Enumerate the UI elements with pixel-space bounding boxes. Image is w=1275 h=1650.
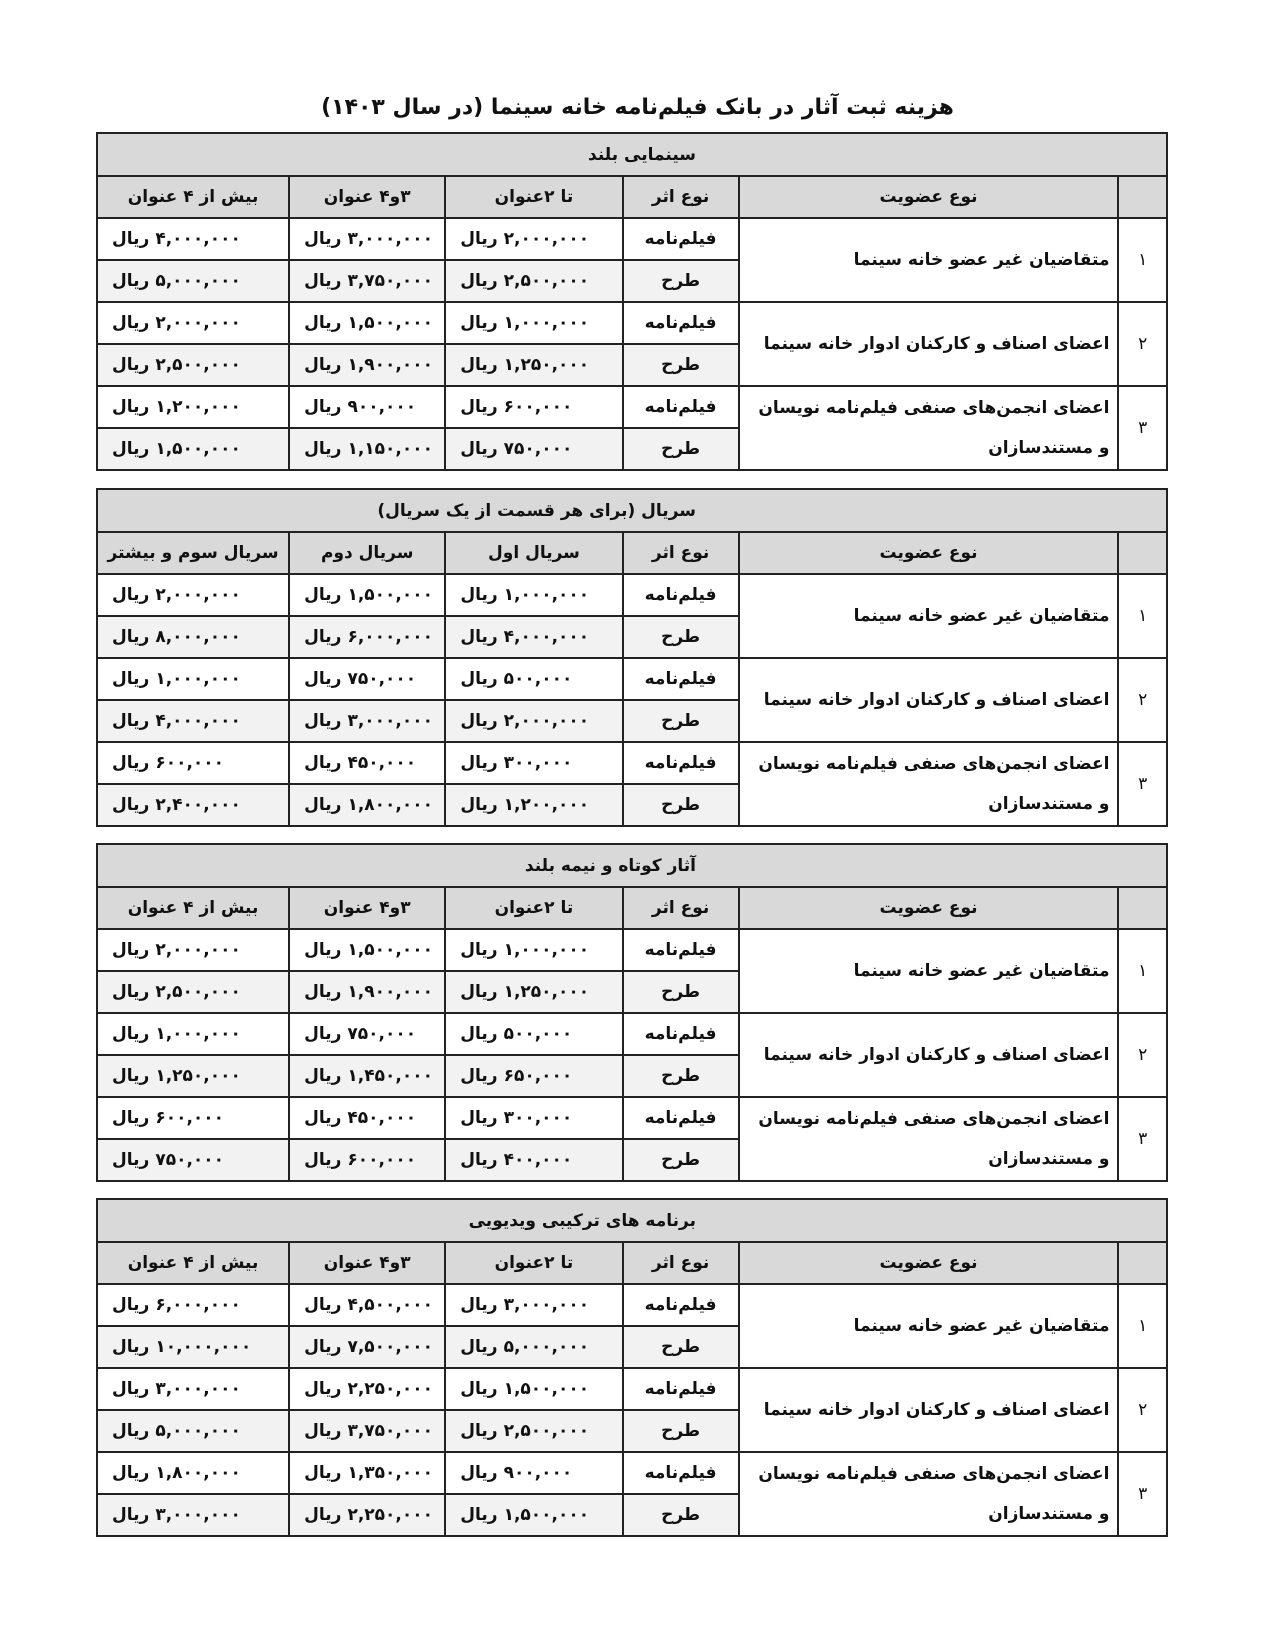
table-row: ۳ اعضای انجمن‌های صنفی فیلم‌نامه نویسان …	[97, 1097, 1167, 1139]
work-type: طرح	[623, 700, 739, 742]
membership-type: اعضای اصناف و کارکنان ادوار خانه سینما	[739, 658, 1119, 742]
section-title: سینمایی بلند	[97, 133, 1167, 176]
price-col3: ۲,۰۰۰,۰۰۰ریال	[97, 929, 289, 971]
price-col1: ۹۰۰,۰۰۰ریال	[445, 1452, 622, 1494]
fee-table-1: سینمایی بلند نوع عضویت نوع اثر تا ۲عنوان…	[96, 132, 1168, 471]
header-col1: تا ۲عنوان	[445, 887, 622, 929]
work-type: فیلم‌نامه	[623, 1368, 739, 1410]
price-col3: ۸,۰۰۰,۰۰۰ریال	[97, 616, 289, 658]
price-col3: ۱۰,۰۰۰,۰۰۰ریال	[97, 1326, 289, 1368]
header-col2: ۳و۴ عنوان	[289, 176, 445, 218]
work-type: طرح	[623, 616, 739, 658]
section-title: برنامه های ترکیبی ویدیویی	[97, 1199, 1167, 1242]
header-work-type: نوع اثر	[623, 176, 739, 218]
table-row: ۱ متقاضیان غیر عضو خانه سینما فیلم‌نامه …	[97, 1284, 1167, 1326]
price-col1: ۲,۵۰۰,۰۰۰ریال	[445, 260, 622, 302]
header-col2: ۳و۴ عنوان	[289, 1242, 445, 1284]
row-index: ۲	[1118, 1013, 1167, 1097]
price-col1: ۳۰۰,۰۰۰ریال	[445, 1097, 622, 1139]
membership-type: اعضای اصناف و کارکنان ادوار خانه سینما	[739, 1368, 1119, 1452]
work-type: طرح	[623, 344, 739, 386]
price-col3: ۱,۸۰۰,۰۰۰ریال	[97, 1452, 289, 1494]
membership-type: اعضای انجمن‌های صنفی فیلم‌نامه نویسان و …	[739, 1452, 1119, 1536]
price-col2: ۱,۵۰۰,۰۰۰ریال	[289, 929, 445, 971]
price-col1: ۱,۲۵۰,۰۰۰ریال	[445, 971, 622, 1013]
header-membership: نوع عضویت	[739, 1242, 1119, 1284]
price-col3: ۲,۵۰۰,۰۰۰ریال	[97, 971, 289, 1013]
membership-type: اعضای انجمن‌های صنفی فیلم‌نامه نویسان و …	[739, 1097, 1119, 1181]
header-index	[1118, 532, 1167, 574]
price-col3: ۱,۲۵۰,۰۰۰ریال	[97, 1055, 289, 1097]
header-index	[1118, 176, 1167, 218]
price-col3: ۱,۵۰۰,۰۰۰ریال	[97, 428, 289, 470]
row-index: ۱	[1118, 1284, 1167, 1368]
row-index: ۲	[1118, 302, 1167, 386]
header-membership: نوع عضویت	[739, 176, 1119, 218]
header-col1: تا ۲عنوان	[445, 176, 622, 218]
fee-table-3: آثار کوتاه و نیمه بلند نوع عضویت نوع اثر…	[96, 843, 1168, 1182]
price-col3: ۶۰۰,۰۰۰ریال	[97, 742, 289, 784]
price-col1: ۱,۲۵۰,۰۰۰ریال	[445, 344, 622, 386]
work-type: طرح	[623, 1055, 739, 1097]
row-index: ۲	[1118, 1368, 1167, 1452]
price-col3: ۶,۰۰۰,۰۰۰ریال	[97, 1284, 289, 1326]
table-row: ۳ اعضای انجمن‌های صنفی فیلم‌نامه نویسان …	[97, 1452, 1167, 1494]
price-col2: ۴۵۰,۰۰۰ریال	[289, 1097, 445, 1139]
header-membership: نوع عضویت	[739, 532, 1119, 574]
price-col2: ۴,۵۰۰,۰۰۰ریال	[289, 1284, 445, 1326]
section-title: آثار کوتاه و نیمه بلند	[97, 844, 1167, 887]
table-row: ۲ اعضای اصناف و کارکنان ادوار خانه سینما…	[97, 1013, 1167, 1055]
price-col1: ۶۵۰,۰۰۰ریال	[445, 1055, 622, 1097]
membership-type: اعضای اصناف و کارکنان ادوار خانه سینما	[739, 1013, 1119, 1097]
price-col2: ۷۵۰,۰۰۰ریال	[289, 658, 445, 700]
price-col2: ۳,۷۵۰,۰۰۰ریال	[289, 1410, 445, 1452]
work-type: فیلم‌نامه	[623, 1013, 739, 1055]
fee-table-2: سریال (برای هر قسمت از یک سریال) نوع عضو…	[96, 488, 1168, 827]
price-col1: ۱,۲۰۰,۰۰۰ریال	[445, 784, 622, 826]
column-header-row: نوع عضویت نوع اثر سریال اول سریال دوم سر…	[97, 532, 1167, 574]
header-col3: بیش از ۴ عنوان	[97, 176, 289, 218]
header-membership: نوع عضویت	[739, 887, 1119, 929]
header-work-type: نوع اثر	[623, 532, 739, 574]
price-col2: ۱,۹۰۰,۰۰۰ریال	[289, 344, 445, 386]
row-index: ۱	[1118, 218, 1167, 302]
price-col3: ۴,۰۰۰,۰۰۰ریال	[97, 700, 289, 742]
price-col3: ۱,۰۰۰,۰۰۰ریال	[97, 1013, 289, 1055]
price-col1: ۴۰۰,۰۰۰ریال	[445, 1139, 622, 1181]
row-index: ۱	[1118, 929, 1167, 1013]
price-col1: ۲,۵۰۰,۰۰۰ریال	[445, 1410, 622, 1452]
price-col2: ۶,۰۰۰,۰۰۰ریال	[289, 616, 445, 658]
work-type: فیلم‌نامه	[623, 742, 739, 784]
work-type: فیلم‌نامه	[623, 1452, 739, 1494]
price-col3: ۴,۰۰۰,۰۰۰ریال	[97, 218, 289, 260]
price-col3: ۵,۰۰۰,۰۰۰ریال	[97, 1410, 289, 1452]
price-col3: ۲,۰۰۰,۰۰۰ریال	[97, 302, 289, 344]
price-col3: ۱,۲۰۰,۰۰۰ریال	[97, 386, 289, 428]
price-col3: ۵,۰۰۰,۰۰۰ریال	[97, 260, 289, 302]
header-col3: بیش از ۴ عنوان	[97, 1242, 289, 1284]
work-type: طرح	[623, 971, 739, 1013]
table-row: ۲ اعضای اصناف و کارکنان ادوار خانه سینما…	[97, 302, 1167, 344]
price-col1: ۵۰۰,۰۰۰ریال	[445, 1013, 622, 1055]
price-col1: ۱,۵۰۰,۰۰۰ریال	[445, 1494, 622, 1536]
price-col3: ۲,۴۰۰,۰۰۰ریال	[97, 784, 289, 826]
table-row: ۱ متقاضیان غیر عضو خانه سینما فیلم‌نامه …	[97, 929, 1167, 971]
price-col2: ۱,۵۰۰,۰۰۰ریال	[289, 302, 445, 344]
table-row: ۳ اعضای انجمن‌های صنفی فیلم‌نامه نویسان …	[97, 742, 1167, 784]
price-col2: ۱,۴۵۰,۰۰۰ریال	[289, 1055, 445, 1097]
column-header-row: نوع عضویت نوع اثر تا ۲عنوان ۳و۴ عنوان بی…	[97, 887, 1167, 929]
row-index: ۳	[1118, 386, 1167, 470]
header-work-type: نوع اثر	[623, 1242, 739, 1284]
price-col2: ۱,۳۵۰,۰۰۰ریال	[289, 1452, 445, 1494]
price-col2: ۴۵۰,۰۰۰ریال	[289, 742, 445, 784]
price-col1: ۵,۰۰۰,۰۰۰ریال	[445, 1326, 622, 1368]
membership-type: متقاضیان غیر عضو خانه سینما	[739, 929, 1119, 1013]
price-col1: ۱,۵۰۰,۰۰۰ریال	[445, 1368, 622, 1410]
header-work-type: نوع اثر	[623, 887, 739, 929]
price-col3: ۲,۵۰۰,۰۰۰ریال	[97, 344, 289, 386]
work-type: فیلم‌نامه	[623, 386, 739, 428]
page-title: هزینه ثبت آثار در بانک فیلم‌نامه خانه سی…	[0, 88, 1275, 128]
header-col1: سریال اول	[445, 532, 622, 574]
table-row: ۳ اعضای انجمن‌های صنفی فیلم‌نامه نویسان …	[97, 386, 1167, 428]
price-col1: ۶۰۰,۰۰۰ریال	[445, 386, 622, 428]
price-col2: ۷,۵۰۰,۰۰۰ریال	[289, 1326, 445, 1368]
price-col2: ۳,۰۰۰,۰۰۰ریال	[289, 700, 445, 742]
work-type: فیلم‌نامه	[623, 218, 739, 260]
section-title: سریال (برای هر قسمت از یک سریال)	[97, 489, 1167, 532]
header-col3: بیش از ۴ عنوان	[97, 887, 289, 929]
price-col3: ۱,۰۰۰,۰۰۰ریال	[97, 658, 289, 700]
column-header-row: نوع عضویت نوع اثر تا ۲عنوان ۳و۴ عنوان بی…	[97, 176, 1167, 218]
price-col2: ۳,۷۵۰,۰۰۰ریال	[289, 260, 445, 302]
price-col2: ۳,۰۰۰,۰۰۰ریال	[289, 218, 445, 260]
price-col1: ۲,۰۰۰,۰۰۰ریال	[445, 700, 622, 742]
price-col2: ۷۵۰,۰۰۰ریال	[289, 1013, 445, 1055]
work-type: طرح	[623, 784, 739, 826]
price-col1: ۴,۰۰۰,۰۰۰ریال	[445, 616, 622, 658]
price-col3: ۶۰۰,۰۰۰ریال	[97, 1097, 289, 1139]
work-type: فیلم‌نامه	[623, 574, 739, 616]
price-col2: ۹۰۰,۰۰۰ریال	[289, 386, 445, 428]
price-col2: ۱,۹۰۰,۰۰۰ریال	[289, 971, 445, 1013]
price-col3: ۳,۰۰۰,۰۰۰ریال	[97, 1494, 289, 1536]
row-index: ۲	[1118, 658, 1167, 742]
price-col1: ۳۰۰,۰۰۰ریال	[445, 742, 622, 784]
row-index: ۱	[1118, 574, 1167, 658]
work-type: فیلم‌نامه	[623, 302, 739, 344]
price-col1: ۳,۰۰۰,۰۰۰ریال	[445, 1284, 622, 1326]
section-title-row: سریال (برای هر قسمت از یک سریال)	[97, 489, 1167, 532]
row-index: ۳	[1118, 1097, 1167, 1181]
fee-table-4: برنامه های ترکیبی ویدیویی نوع عضویت نوع …	[96, 1198, 1168, 1537]
table-row: ۲ اعضای اصناف و کارکنان ادوار خانه سینما…	[97, 1368, 1167, 1410]
price-col3: ۳,۰۰۰,۰۰۰ریال	[97, 1368, 289, 1410]
row-index: ۳	[1118, 1452, 1167, 1536]
price-col3: ۲,۰۰۰,۰۰۰ریال	[97, 574, 289, 616]
membership-type: اعضای انجمن‌های صنفی فیلم‌نامه نویسان و …	[739, 742, 1119, 826]
price-col1: ۷۵۰,۰۰۰ریال	[445, 428, 622, 470]
price-col1: ۱,۰۰۰,۰۰۰ریال	[445, 574, 622, 616]
work-type: طرح	[623, 428, 739, 470]
header-index	[1118, 887, 1167, 929]
price-col2: ۱,۱۵۰,۰۰۰ریال	[289, 428, 445, 470]
price-col1: ۲,۰۰۰,۰۰۰ریال	[445, 218, 622, 260]
header-col3: سریال سوم و بیشتر	[97, 532, 289, 574]
work-type: طرح	[623, 260, 739, 302]
price-col1: ۱,۰۰۰,۰۰۰ریال	[445, 929, 622, 971]
membership-type: متقاضیان غیر عضو خانه سینما	[739, 1284, 1119, 1368]
membership-type: اعضای انجمن‌های صنفی فیلم‌نامه نویسان و …	[739, 386, 1119, 470]
work-type: طرح	[623, 1410, 739, 1452]
price-col1: ۱,۰۰۰,۰۰۰ریال	[445, 302, 622, 344]
work-type: فیلم‌نامه	[623, 1284, 739, 1326]
table-row: ۱ متقاضیان غیر عضو خانه سینما فیلم‌نامه …	[97, 574, 1167, 616]
table-row: ۲ اعضای اصناف و کارکنان ادوار خانه سینما…	[97, 658, 1167, 700]
column-header-row: نوع عضویت نوع اثر تا ۲عنوان ۳و۴ عنوان بی…	[97, 1242, 1167, 1284]
price-col2: ۱,۵۰۰,۰۰۰ریال	[289, 574, 445, 616]
work-type: فیلم‌نامه	[623, 658, 739, 700]
membership-type: اعضای اصناف و کارکنان ادوار خانه سینما	[739, 302, 1119, 386]
price-col2: ۶۰۰,۰۰۰ریال	[289, 1139, 445, 1181]
section-title-row: برنامه های ترکیبی ویدیویی	[97, 1199, 1167, 1242]
work-type: فیلم‌نامه	[623, 929, 739, 971]
header-index	[1118, 1242, 1167, 1284]
row-index: ۳	[1118, 742, 1167, 826]
price-col2: ۲,۲۵۰,۰۰۰ریال	[289, 1368, 445, 1410]
section-title-row: سینمایی بلند	[97, 133, 1167, 176]
work-type: طرح	[623, 1494, 739, 1536]
header-col2: سریال دوم	[289, 532, 445, 574]
price-col2: ۲,۲۵۰,۰۰۰ریال	[289, 1494, 445, 1536]
price-col3: ۷۵۰,۰۰۰ریال	[97, 1139, 289, 1181]
section-title-row: آثار کوتاه و نیمه بلند	[97, 844, 1167, 887]
membership-type: متقاضیان غیر عضو خانه سینما	[739, 218, 1119, 302]
membership-type: متقاضیان غیر عضو خانه سینما	[739, 574, 1119, 658]
work-type: فیلم‌نامه	[623, 1097, 739, 1139]
work-type: طرح	[623, 1326, 739, 1368]
work-type: طرح	[623, 1139, 739, 1181]
price-col2: ۱,۸۰۰,۰۰۰ریال	[289, 784, 445, 826]
table-row: ۱ متقاضیان غیر عضو خانه سینما فیلم‌نامه …	[97, 218, 1167, 260]
price-col1: ۵۰۰,۰۰۰ریال	[445, 658, 622, 700]
header-col1: تا ۲عنوان	[445, 1242, 622, 1284]
header-col2: ۳و۴ عنوان	[289, 887, 445, 929]
